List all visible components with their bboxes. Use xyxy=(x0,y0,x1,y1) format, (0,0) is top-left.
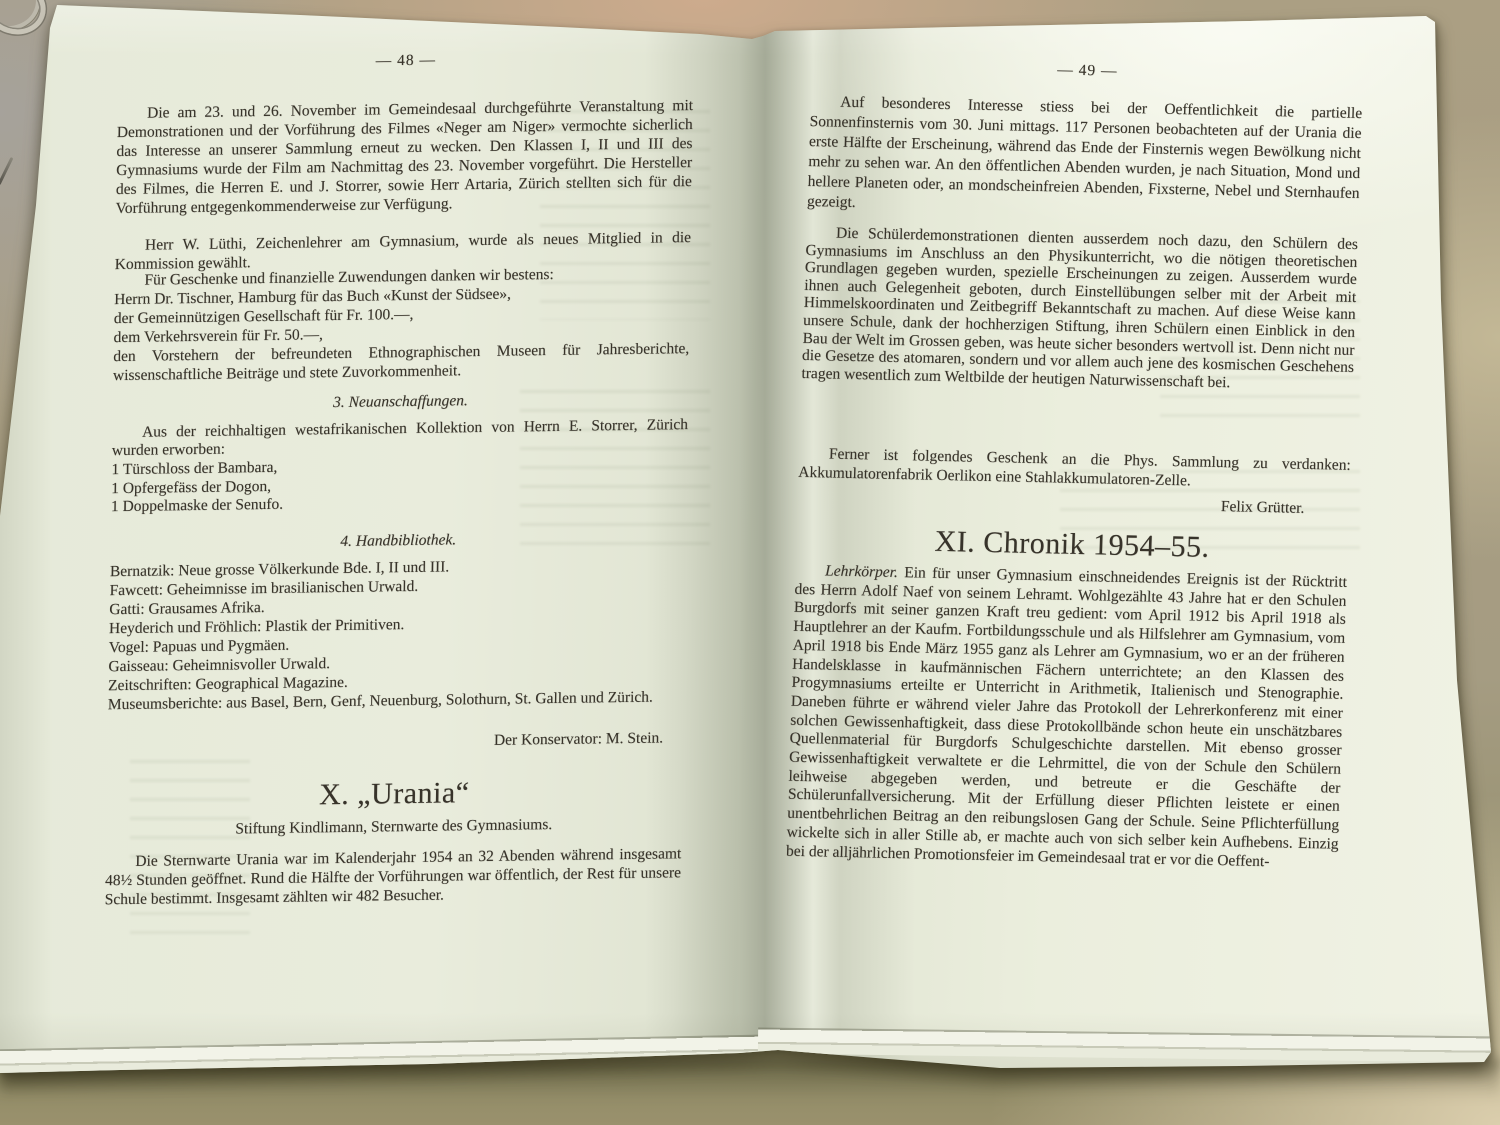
paragraph-sternwarte: Die Sternwarte Urania war im Kalenderjah… xyxy=(105,844,682,909)
donation-list: Herrn Dr. Tischner, Hamburg für das Buch… xyxy=(113,282,690,385)
paragraph-sonnenfinsternis: Auf besonderes Interesse stiess bei der … xyxy=(807,92,1363,224)
photo-of-open-book: { "colors": { "paper": "#e9ecdc", "ink":… xyxy=(0,0,1500,1125)
page-fore-edge-right xyxy=(758,1027,1498,1062)
library-list: Bernatzik: Neue grosse Völkerkunde Bde. … xyxy=(108,554,686,714)
page-number-49: — 49 — xyxy=(811,55,1363,86)
page-49: — 49 — Auf besonderes Interesse stiess b… xyxy=(812,48,1364,60)
page-48: — 48 — Die am 23. und 26. November im Ge… xyxy=(118,47,694,55)
page-number-48: — 48 — xyxy=(118,47,694,74)
section-heading-handbibliothek: 4. Handbibliothek. xyxy=(110,527,686,554)
paragraph-schuelerdemonstrationen: Die Schülerdemonstrationen dienten ausse… xyxy=(801,224,1358,394)
paragraph-geschenk-oerlikon: Ferner ist folgendes Geschenk an die Phy… xyxy=(798,444,1351,494)
paragraph-lehrkoerper: Lehrkörper. Ein für unser Gymnasium eins… xyxy=(786,562,1348,873)
heading-urania: X. „Urania“ xyxy=(106,773,682,815)
book-spread: — 48 — Die am 23. und 26. November im Ge… xyxy=(0,0,1500,1125)
lehrkoerper-body: Ein für unser Gymnasium einschneidendes … xyxy=(786,564,1347,870)
open-book: — 48 — Die am 23. und 26. November im Ge… xyxy=(0,0,1500,1125)
page-fore-edge-left xyxy=(0,1035,760,1076)
acquisition-list: 1 Türschloss der Bambara, 1 Opfergefäss … xyxy=(111,453,688,517)
paragraph-veranstaltung: Die am 23. und 26. November im Gemeindes… xyxy=(115,96,693,218)
signature-konservator: Der Konservator: M. Stein. xyxy=(107,728,683,755)
lehrkoerper-lead: Lehrkörper. xyxy=(825,562,898,581)
donation-item: den Vorstehern der befreundeten Ethnogra… xyxy=(113,339,690,385)
